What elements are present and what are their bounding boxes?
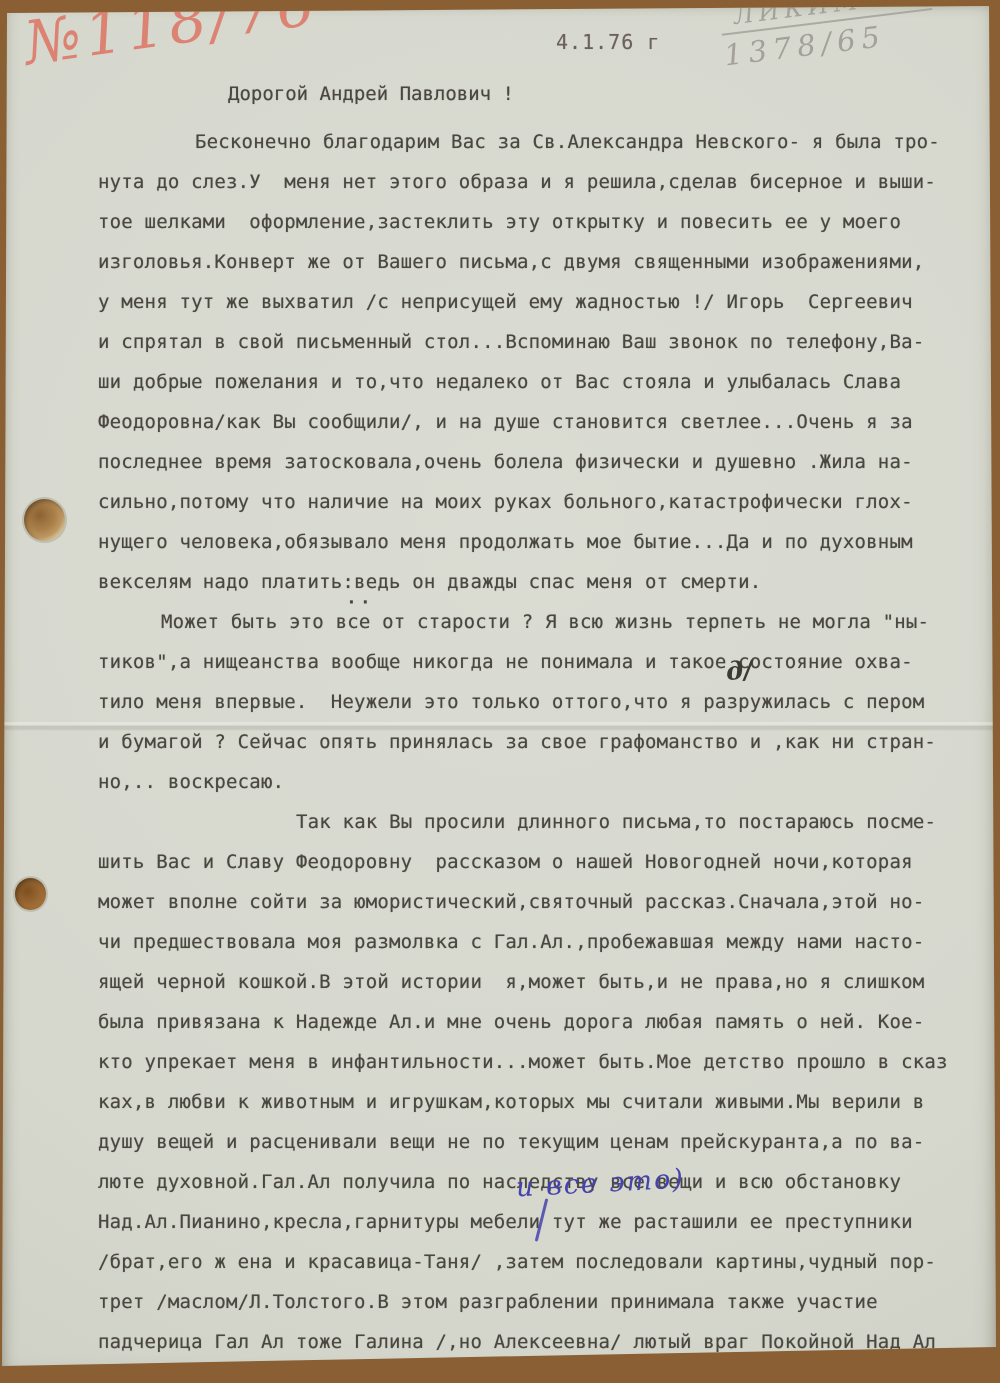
letter-line: и бумагой ? Сейчас опять принялась за св… bbox=[98, 722, 978, 762]
letter-date: 4.1.76 г bbox=[556, 30, 660, 54]
letter-line: ках,в любви к животным и игрушкам,которы… bbox=[98, 1082, 978, 1122]
letter-line: Феодоровна/как Вы сообщили/, и на душе с… bbox=[98, 402, 978, 442]
letter-line: душу вещей и расценивали вещи не по теку… bbox=[98, 1122, 978, 1162]
punch-hole-top bbox=[24, 499, 65, 541]
letter-line: у меня тут же выхватил /с неприсущей ему… bbox=[98, 282, 978, 322]
letter-line: тиков",а нищеанства вообще никогда не по… bbox=[98, 642, 978, 682]
letter-line: может вполне сойти за юмористический,свя… bbox=[98, 882, 978, 922]
letter-line: /брат,его ж ена и красавица-Таня/ ,затем… bbox=[98, 1242, 978, 1282]
letter-line: кто упрекает меня в инфантильности...мож… bbox=[98, 1042, 978, 1082]
photo-of-letter-on-wood-table: №118/76 4.1.76 г ЛИКИМ КП 1378/65 Дорого… bbox=[0, 0, 1000, 1383]
letter-line: Так как Вы просили длинного письма,то по… bbox=[98, 802, 978, 842]
letter-line: падчерица Гал Ал тоже Галина /,но Алексе… bbox=[98, 1322, 978, 1362]
letter-line: нущего человека,обязывало меня продолжат… bbox=[98, 522, 978, 562]
typed-umlaut-dots: ·· bbox=[346, 592, 374, 613]
letter-line: нута до слез.У меня нет этого образа и я… bbox=[98, 162, 978, 202]
letter-line: и спрятал в свой письменный стол...Вспом… bbox=[98, 322, 978, 362]
letter-line: Бесконечно благодарим Вас за Св.Александ… bbox=[98, 122, 978, 162]
letter-line: векселям надо платить:ведь он дважды спа… bbox=[98, 562, 978, 602]
letter-line: последнее время затосковала,очень болела… bbox=[98, 442, 978, 482]
letter-line: тое шелками оформление,застеклить эту от… bbox=[98, 202, 978, 242]
letter-line: сильно,потому что наличие на моих руках … bbox=[98, 482, 978, 522]
letter-line: тило меня впервые. Неужели это только от… bbox=[98, 682, 978, 722]
punch-hole-bottom bbox=[15, 878, 46, 910]
letter-line: но,.. воскресаю. bbox=[98, 762, 978, 802]
letter-line: шить Вас и Славу Феодоровну рассказом о … bbox=[98, 842, 978, 882]
letter-line: ши добрые пожелания и то,что недалеко от… bbox=[98, 362, 978, 402]
letter-paper: №118/76 4.1.76 г ЛИКИМ КП 1378/65 Дорого… bbox=[0, 0, 1000, 1383]
pencil-archive-note: ЛИКИМ КП 1378/65 bbox=[718, 0, 937, 72]
red-archive-number: №118/76 bbox=[20, 0, 323, 79]
letter-line: ящей черной кошкой.В этой истории я,може… bbox=[98, 962, 978, 1002]
letter-line: была привязана к Надежде Ал.и мне очень … bbox=[98, 1002, 978, 1042]
letter-line: трет /маслом/Л.Толстого.В этом разграбле… bbox=[98, 1282, 978, 1322]
salutation: Дорогой Андрей Павлович ! bbox=[228, 83, 514, 105]
letter-line: Может быть это все от старости ? Я всю ж… bbox=[98, 602, 978, 642]
handwritten-insert-d: д/ bbox=[725, 655, 754, 686]
letter-line: изголовья.Конверт же от Вашего письма,с … bbox=[98, 242, 978, 282]
letter-line: чи предшествовала моя размолвка с Гал.Ал… bbox=[98, 922, 978, 962]
